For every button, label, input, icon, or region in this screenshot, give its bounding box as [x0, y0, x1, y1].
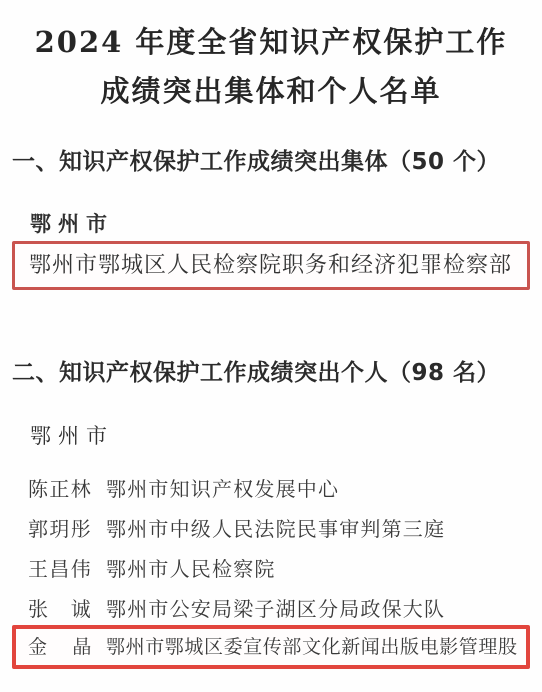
- person-name: 王昌伟: [28, 557, 92, 581]
- person-row: 张 诚鄂州市公安局梁子湖区分局政保大队: [12, 597, 530, 621]
- person-row: 王昌伟鄂州市人民检察院: [12, 557, 530, 581]
- document-title-line1: 2024 年度全省知识产权保护工作: [12, 18, 530, 67]
- person-org: 鄂州市鄂城区委宣传部文化新闻出版电影管理股: [106, 635, 518, 659]
- person-org: 鄂州市知识产权发展中心: [106, 477, 339, 501]
- collectives-city-label: 鄂州市: [30, 211, 530, 236]
- individuals-list: 陈正林鄂州市知识产权发展中心 郭玥彤鄂州市中级人民法院民事审判第三庭 王昌伟鄂州…: [12, 477, 530, 669]
- collectives-section: 一、知识产权保护工作成绩突出集体（50 个） 鄂州市 鄂州市鄂城区人民检察院职务…: [12, 149, 530, 290]
- person-name: 陈正林: [28, 477, 92, 501]
- person-name: 郭玥彤: [28, 517, 92, 541]
- collectives-section-heading: 一、知识产权保护工作成绩突出集体（50 个）: [12, 149, 530, 175]
- person-name: 张 诚: [28, 597, 92, 621]
- document-title: 2024 年度全省知识产权保护工作 成绩突出集体和个人名单: [12, 18, 530, 116]
- document-title-line2: 成绩突出集体和个人名单: [12, 67, 530, 116]
- person-name: 金 晶: [28, 635, 92, 659]
- person-org: 鄂州市公安局梁子湖区分局政保大队: [106, 597, 445, 621]
- person-row: 郭玥彤鄂州市中级人民法院民事审判第三庭: [12, 517, 530, 541]
- person-row-highlighted: 金 晶鄂州市鄂城区委宣传部文化新闻出版电影管理股: [12, 625, 530, 669]
- individuals-city-label: 鄂州市: [30, 424, 530, 449]
- document-page: 2024 年度全省知识产权保护工作 成绩突出集体和个人名单 一、知识产权保护工作…: [0, 0, 542, 692]
- person-org: 鄂州市人民检察院: [106, 557, 276, 581]
- individuals-section: 二、知识产权保护工作成绩突出个人（98 名） 鄂州市 陈正林鄂州市知识产权发展中…: [12, 360, 530, 669]
- person-row: 陈正林鄂州市知识产权发展中心: [12, 477, 530, 501]
- individuals-section-heading: 二、知识产权保护工作成绩突出个人（98 名）: [12, 360, 530, 386]
- person-org: 鄂州市中级人民法院民事审判第三庭: [106, 517, 445, 541]
- highlighted-collective-box: 鄂州市鄂城区人民检察院职务和经济犯罪检察部: [12, 241, 530, 290]
